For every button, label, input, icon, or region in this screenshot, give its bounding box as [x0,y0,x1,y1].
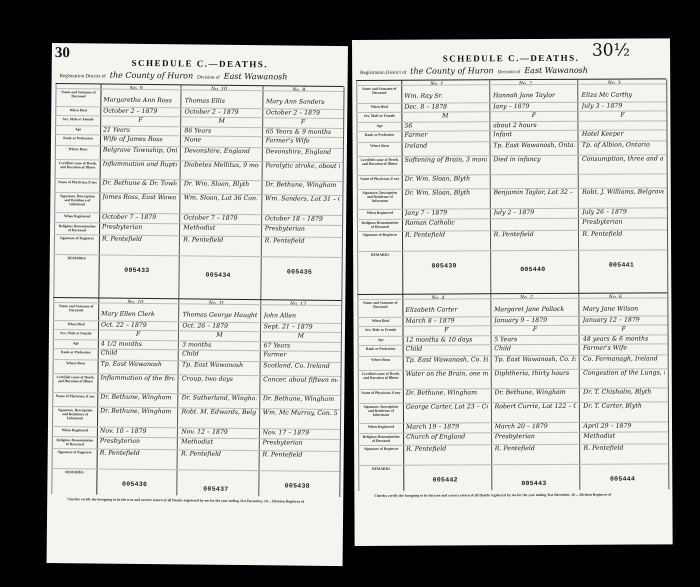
row-label: REMARKS [57,256,97,260]
entry-registrar: R. Pentefield [265,237,339,245]
entry-name: Eliza Mc Carthy [582,91,664,98]
entry-when-died: Oct. 22 – 1879 [101,322,175,330]
entry-name: Mary Ellen Clerk [101,311,175,319]
entry-religion: Methodist [181,438,255,446]
entry-rank: Farmer [263,351,337,359]
entry-registered: Jany 7 – 1879 [405,209,487,216]
entry-informant: Dr. T. Carter, Blyth [583,402,665,409]
entry-where-born: Tp. East Wawanosh [101,361,175,369]
entry-when-died: October 2 – 1879 [266,109,340,117]
row-label: Signature of Registrar [360,233,400,237]
entry-religion: Methodist [183,224,257,232]
entry-age: 21 Years [103,127,177,135]
row-label: Age [58,127,98,131]
row-label: Certified cause of Death, and Duration o… [360,158,400,166]
entry-cause: Inflammation of the Brain, three days [100,375,174,383]
registration-district: the County of Huron [110,71,193,81]
division-label: Division of [197,76,220,81]
certificate-stamp-number: 005440 [520,266,545,273]
row-label: Where Born [361,358,401,362]
entry-sex: F [406,326,488,333]
entry-when-died: March 8 – 1879 [405,317,487,324]
entry-cause: Croup, two days [182,375,256,383]
row-label: Age [56,341,96,345]
entry-informant: George Carter, Lot 23 – Con. 14 [406,403,488,410]
row-label: Religious Denomination of Deceased [360,221,400,229]
entry-cause: Congestion of the Lungs, two weeks [583,369,665,376]
entry-religion: Methodist [583,432,665,439]
entry-sex: M [184,117,258,125]
row-label: Signature, Description and Residence of … [55,408,95,420]
entry-religion: Roman Catholic [405,219,487,226]
death-entry-column: No. 11Thomas George HaughtonOct. 26 – 18… [177,299,261,496]
entry-age: 48 years & 6 months [583,335,665,342]
entry-where-born: Tp. East Wawanosh [182,361,256,369]
row-label: Sex, Male or Female [361,328,401,332]
entry-age: 56 [404,122,486,129]
entry-religion: Presbyterian [100,438,174,446]
entry-age: 67 Years [263,342,337,350]
death-entry-column: No. 12John AllenSept. 21 – 1879M67 Years… [258,300,342,497]
certificate-stamp-number: 005443 [521,480,546,487]
death-entry-column: No. 6Mary Jane WilsonJanuary 12 – 1879F4… [579,293,670,489]
row-label: When Registered [360,211,400,215]
row-label: REMARKS [361,467,401,471]
entry-name: Hannah Jane Taylor [493,92,575,99]
row-label: Name of Physician, if any [360,177,400,181]
row-label: Signature, Description and Residence of … [361,405,401,417]
death-entry-column: No. 5Margaret Jane PollockJanuary 9 – 18… [490,294,581,490]
entry-name: Margaretha Ann Ross [103,97,177,105]
row-label: Rank or Profession [359,133,399,137]
entry-sex: F [583,325,665,332]
row-label: Name of Physician, if any [55,394,95,398]
entry-age: about 2 hours [493,122,575,129]
entry-where-born: Devonshire, England [265,148,339,156]
entry-cause: Inflammation and Rupture of the bowels [103,161,177,169]
entry-name: Mary Jane Wilson [583,305,665,312]
entry-informant: Robt. M. Edwards, Belgrave [181,408,255,416]
entry-physician: Dr. Bethune, Wingham [263,395,337,403]
row-label: Name and Surname of Deceased [360,301,400,309]
entry-rank: Farmer [404,131,486,138]
entry-sex: F [582,111,664,118]
entry-registered: Nov. 12 – 1879 [181,428,255,436]
entry-name: Margaret Jane Pollock [494,306,576,313]
row-label: Where Born [56,361,96,365]
death-entry-column: No. 10Mary Ellen ClerkOct. 22 – 1879F4 1… [95,298,179,495]
entries-block-2: Name and Surname of DeceasedWhen DiedSex… [357,292,668,491]
row-label: Sex, Male or Female [359,114,399,118]
entry-where-born: Belgrave Township, Ontario [103,147,177,155]
entry-when-died: October 2 – 1879 [103,108,177,116]
entry-where-born: Scotland, Co. Ireland [263,362,337,370]
entry-sex: M [264,332,338,340]
certificate-stamp-number: 005436 [122,481,147,488]
row-label: Rank or Profession [58,136,98,140]
certificate-stamp-number: 005433 [124,267,149,274]
right-register-page: 30½SCHEDULE C.—DEATHS.Registration Distr… [352,38,673,546]
entry-informant: Wm. Sanders, Lot 31 – Con. 11 [265,195,339,203]
registration-district-label: Registration District of [360,71,406,76]
certificate-stamp-number: 005434 [206,272,231,279]
row-label: Name and Surname of Deceased [56,304,96,312]
entry-registered: October 7 – 1879 [102,214,176,222]
registration-line: Registration District ofthe County of Hu… [360,65,662,76]
schedule-title: SCHEDULE C.—DEATHS. [352,52,670,64]
entry-religion: Presbyterian [102,224,176,232]
entry-cause: Cancer, about fifteen months [263,376,337,384]
entry-rank: Child [494,345,576,352]
entry-sex: M [182,331,256,339]
entry-informant: James Ross, East Wawanosh, Belgrave [102,194,176,202]
death-entry-column: No. 4Elizabeth CarterMarch 8 – 1879F12 m… [401,294,492,490]
row-label: When Died [359,105,399,109]
entry-registrar: R. Pentefield [495,445,577,452]
row-label: Religious Denomination of Deceased [55,438,95,446]
entry-where-born: Tp. of Albion, Ontario [582,141,664,148]
entry-cause: Paralytic stroke, about two days [265,162,339,170]
entry-physician: Dr. Bethune, Wingham [406,389,488,396]
entry-physician: Dr. Bethune, Wingham [100,394,174,402]
certificate-stamp-number: 005441 [609,262,634,269]
entry-rank: Farmer's Wife [266,137,340,145]
division-label: Division of [498,70,521,75]
certificate-stamp-number: 005437 [203,486,228,493]
entry-registrar: R. Pentefield [405,231,487,238]
schedule-title: SCHEDULE C.—DEATHS. [52,57,348,70]
entry-informant: Robert Currie, Lot 122 – Con. 14 [495,403,577,410]
row-label: Signature, Description and Residence of … [57,194,97,206]
entry-religion: Presbyterian [262,439,336,447]
entry-informant: Robt. J. Williams, Belgrave [582,188,664,195]
entry-age: 65 Years & 9 months [266,128,340,136]
entry-rank: Child [101,350,175,358]
entry-cause: Softening of Brain, 3 months [405,156,487,163]
certificate-stamp-number: 005442 [433,476,458,483]
registration-district: the County of Huron [410,66,493,75]
left-register-page: 30SCHEDULE C.—DEATHS.Registration Distri… [47,43,348,566]
entry-where-born: Tp. East Wawanosh, Ontario [493,142,575,149]
entry-when-died: July 3 – 1879 [582,102,664,109]
entry-registrar: R. Pentefield [102,236,176,244]
entry-rank: Hotel Keeper [582,130,664,137]
row-label: Where Born [58,147,98,151]
registration-line: Registration District ofthe County of Hu… [60,70,340,82]
entry-rank: Farmer's Wife [583,344,665,351]
entry-when-died: October 2 – 1879 [185,108,259,116]
row-label: Sex, Male or Female [56,331,96,335]
entry-age: 5 Years [494,336,576,343]
entry-when-died: January 12 – 1879 [583,316,665,323]
entry-religion: Presbyterian [265,225,339,233]
row-labels-column: Name and Surname of DeceasedWhen DiedSex… [51,298,99,494]
entries-block-1: Name and Surname of DeceasedWhen DiedSex… [356,78,667,295]
certificate-stamp-number: 005444 [610,476,635,483]
entry-cause: Died in infancy [493,156,575,163]
entry-registered: October 18 – 1879 [265,215,339,223]
entry-informant: Benjamin Taylor, Lot 32 – Con. 6 [493,189,575,196]
entry-religion: Presbyterian [582,218,664,225]
entry-sex: F [103,117,177,125]
division: East Wawanosh [224,72,288,82]
row-label: Rank or Profession [56,350,96,354]
row-label: Certified cause of Death, and Duration o… [55,375,95,383]
entry-registrar: R. Pentefield [583,444,665,451]
row-labels-column: Name and Surname of DeceasedWhen DiedSex… [357,295,404,491]
entry-where-born: Devonshire, England [184,147,258,155]
entry-rank: Wife of James Ross [103,136,177,144]
entry-registrar: R. Pentefield [494,231,576,238]
entry-physician: Dr. Bethune, Wingham [265,181,339,189]
entry-when-died: Jany – 1879 [493,103,575,110]
entry-name: Elizabeth Carter [405,306,487,313]
row-label: Name and Surname of Deceased [359,87,399,95]
entries-block-1: Name and Surname of DeceasedWhen DiedSex… [53,83,343,301]
entry-physician: Dr. T. Chisholm, Blyth [583,388,665,395]
row-label: Age [361,338,401,342]
entry-name: Thomas Ellis [185,97,259,105]
entry-physician: Dr. Wm. Sloan, Blyth [184,180,258,188]
entry-sex: F [493,112,575,119]
row-label: Name of Physician, if any [361,391,401,395]
entry-registered: March 19 – 1879 [406,423,488,430]
entry-age: 86 Years [184,127,258,135]
entry-physician: Dr. Wm. Sloan, Blyth [405,175,487,182]
entry-sex: F [101,331,175,339]
row-label: Signature of Registrar [361,447,401,451]
division: East Wawanosh [524,66,588,75]
entry-physician: Dr. Bethune & Dr. Towle, Wingham [102,180,176,188]
row-label: Certified cause of Death, and Duration o… [58,161,98,169]
row-label: Religious Denomination of Deceased [57,224,97,232]
entry-sex: M [404,112,486,119]
row-label: Name and Surname of Deceased [58,90,98,98]
row-label: Where Born [360,144,400,148]
row-label: Sex, Male or Female [58,117,98,121]
entry-rank: None [184,136,258,144]
row-label: Age [359,124,399,128]
entries-block-2: Name and Surname of DeceasedWhen DiedSex… [51,297,341,497]
registration-district-label: Registration District of [60,74,106,79]
entry-registered: October 7 – 1879 [183,214,257,222]
certificate-stamp-number: 005435 [287,268,312,275]
entry-registered: July 2 – 1879 [494,209,576,216]
entry-name: Wm. Ray Sr. [404,92,486,99]
entry-name: Mary Ann Sanders [266,98,340,106]
row-label: REMARKS [360,253,400,257]
row-label: When Registered [55,428,95,432]
row-label: When Registered [57,214,97,218]
entry-cause: Water on the Brain, one month [406,370,488,377]
entry-informant: Dr. Wm. Sloan, Blyth [405,189,487,196]
entry-when-died: Sept. 21 – 1879 [264,323,338,331]
entry-rank: Child [182,350,256,358]
entry-registrar: R. Pentefield [262,451,336,459]
row-label: When Registered [361,425,401,429]
entry-where-born: Ireland [405,142,487,149]
entry-registered: Nov. 17 – 1879 [263,429,337,437]
entry-where-born: Tp. East Wawanosh, Co. Huron [406,356,488,363]
entry-registered: July 26 – 1879 [582,208,664,215]
row-label: Rank or Profession [361,347,401,351]
entry-rank: Child [406,345,488,352]
entry-when-died: Dec. 8 – 1878 [404,103,486,110]
entry-sex: F [494,326,576,333]
entry-rank: Infant [493,131,575,138]
row-label: Signature, Description and Residence of … [360,191,400,203]
entry-registrar: R. Pentefield [406,445,488,452]
entry-age: 4 1/2 months [101,341,175,349]
row-label: Religious Denomination of Deceased [361,435,401,443]
entry-name: John Allen [264,312,338,320]
row-label: When Died [360,319,400,323]
row-label: REMARKS [54,470,94,474]
row-label: Certified cause of Death, and Duration o… [361,372,401,380]
certification-footer: I hereby certify the foregoing to be the… [67,497,323,505]
entry-where-born: Co. Fermanagh, Ireland [583,355,665,362]
entry-religion: Church of England [406,433,488,440]
certification-footer: I hereby certify the foregoing to be the… [374,492,652,498]
entry-physician: Dr. Bethune, Wingham [494,389,576,396]
entry-sex: F [266,118,340,126]
entry-registered: March 20 – 1879 [495,423,577,430]
entry-registrar: R. Pentefield [183,236,257,244]
entry-religion: Presbyterian [495,433,577,440]
row-label: Signature of Registrar [55,450,95,454]
certificate-stamp-number: 005438 [285,482,310,489]
certificate-stamp-number: 005439 [431,262,456,269]
entry-informant: Wm. Mc Murray, Con. 5 East Wawanosh [263,409,337,417]
row-label: When Died [56,322,96,326]
entry-cause: Consumption, three and a half months [582,155,664,162]
entry-cause: Diphtheria, thirty hours [494,370,576,377]
entry-registrar: R. Pentefield [181,450,255,458]
entry-informant: Dr. Bethune, Wingham [100,408,174,416]
entry-registered: April 29 – 1879 [583,422,665,429]
entry-registered: Nov. 10 – 1879 [100,428,174,436]
entry-age: 3 months [182,341,256,349]
entry-age: 12 months & 10 days [406,336,488,343]
row-label: When Died [58,108,98,112]
entry-informant: Wm. Sloan, Lot 36 Con. 10, Blyth [184,194,258,202]
entry-where-born: Tp. East Wawanosh, Co. Huron [494,356,576,363]
entry-cause: Diabetes Mellitus, 9 months [184,161,258,169]
entry-name: Thomas George Haughton [182,311,256,319]
entry-when-died: Oct. 26 – 1879 [182,322,256,330]
entry-registrar: R. Pentefield [582,230,664,237]
row-label: Name of Physician, if any [58,180,98,184]
entry-when-died: January 9 – 1879 [494,317,576,324]
entry-physician: Dr. Sutherland, Wingham [182,394,256,402]
entry-registrar: R. Pentefield [100,450,174,458]
row-label: Signature of Registrar [57,236,97,240]
